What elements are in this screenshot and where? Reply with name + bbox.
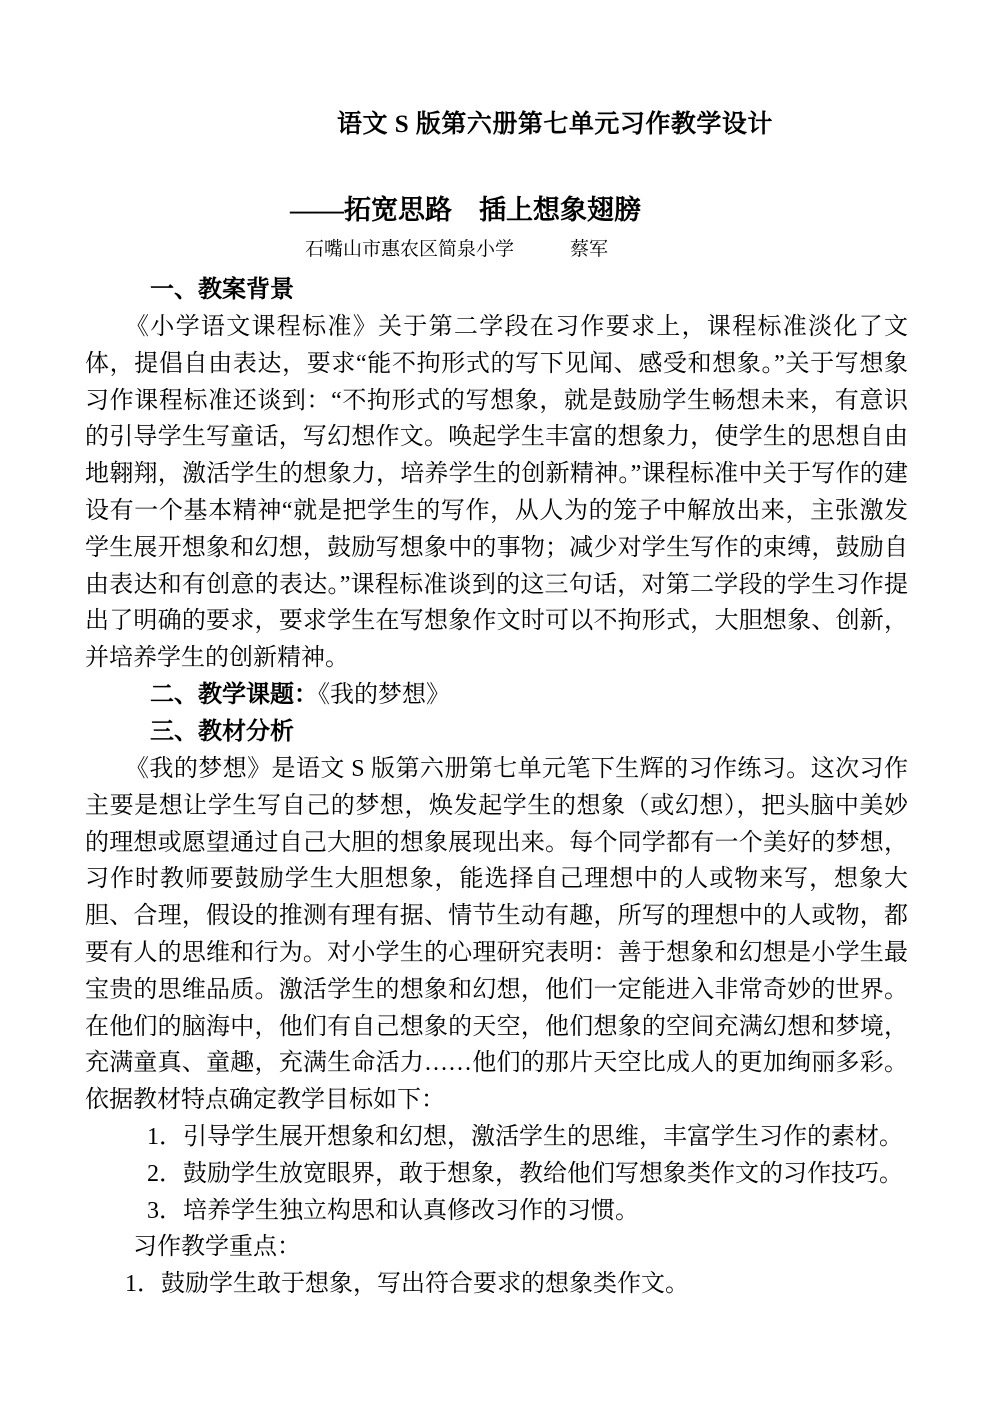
document-page: 语文 S 版第六册第七单元习作教学设计 ——拓宽思路 插上想象翅膀 石嘴山市惠农… xyxy=(0,0,993,1404)
document-title: 语文 S 版第六册第七单元习作教学设计 xyxy=(85,108,908,142)
objective-item-2: 2．鼓励学生放宽眼界，敢于想象，教给他们写想象类作文的习作技巧。 xyxy=(147,1156,908,1193)
section-heading-topic-label: 二、教学课题： xyxy=(150,682,318,708)
objective-item-1: 1．引导学生展开想象和幻想，激活学生的思维，丰富学生习作的素材。 xyxy=(147,1119,908,1156)
document-subtitle: ——拓宽思路 插上想象翅膀 xyxy=(85,192,908,228)
focus-item-1: 1．鼓励学生敢于想象，写出符合要求的想象类作文。 xyxy=(125,1266,908,1303)
focus-heading: 习作教学重点： xyxy=(133,1229,908,1266)
byline-author: 蔡军 xyxy=(570,238,608,262)
document-content: 语文 S 版第六册第七单元习作教学设计 ——拓宽思路 插上想象翅膀 石嘴山市惠农… xyxy=(0,108,993,1303)
paragraph-analysis: 《我的梦想》是语文 S 版第六册第七单元笔下生辉的习作练习。这次习作主要是想让学… xyxy=(85,751,908,1119)
byline-school: 石嘴山市惠农区简泉小学 xyxy=(305,238,514,262)
topic-title: 《我的梦想》 xyxy=(318,682,450,708)
section-heading-topic: 二、教学课题：《我的梦想》 xyxy=(150,677,908,714)
section-heading-background: 一、教案背景 xyxy=(150,272,908,309)
objective-item-3: 3．培养学生独立构思和认真修改习作的习惯。 xyxy=(147,1193,908,1230)
byline: 石嘴山市惠农区简泉小学 蔡军 xyxy=(85,238,908,262)
paragraph-background: 《小学语文课程标准》关于第二学段在习作要求上，课程标准淡化了文体，提倡自由表达，… xyxy=(85,309,908,677)
section-heading-analysis: 三、教材分析 xyxy=(150,714,908,751)
